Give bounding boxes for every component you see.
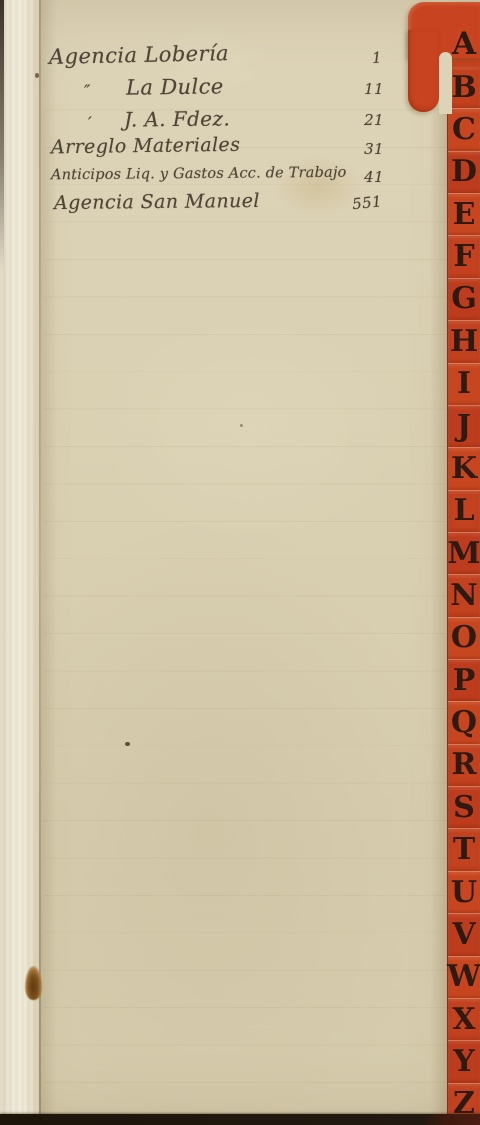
- entry-page-number: 11: [332, 80, 384, 98]
- tab-letter: O: [451, 623, 477, 653]
- alphabet-tab-column: B C D E F G H I J K L M N O P Q R S T U …: [447, 56, 480, 1125]
- tab-j[interactable]: J: [448, 405, 480, 447]
- tab-r[interactable]: R: [448, 744, 480, 786]
- ledger-ruling-lines: [44, 73, 446, 1109]
- tab-e[interactable]: E: [448, 193, 480, 235]
- tab-m[interactable]: M: [448, 532, 480, 574]
- tab-letter: C: [452, 115, 476, 145]
- tab-q[interactable]: Q: [448, 701, 480, 743]
- tab-v[interactable]: V: [448, 913, 480, 955]
- tab-letter: Y: [453, 1047, 474, 1077]
- tab-s[interactable]: S: [448, 786, 480, 828]
- tab-letter: W: [447, 962, 480, 992]
- tab-letter: T: [453, 835, 475, 865]
- tab-letter: P: [453, 666, 476, 696]
- tab-a-fold[interactable]: [408, 30, 439, 112]
- entry-page-number: 41: [332, 168, 384, 186]
- tab-n[interactable]: N: [448, 574, 480, 616]
- binding-strip: [0, 0, 40, 1125]
- tab-x[interactable]: X: [448, 998, 480, 1040]
- tab-letter: I: [457, 369, 471, 399]
- tab-k[interactable]: K: [448, 447, 480, 489]
- entry-label: Agencia San Manuel: [54, 190, 260, 214]
- entry-label: La Dulce: [126, 74, 224, 99]
- tab-d[interactable]: D: [448, 151, 480, 193]
- tab-letter: H: [450, 327, 478, 357]
- entry-label: Agencia Lobería: [49, 41, 229, 69]
- tab-letter: L: [453, 496, 474, 526]
- ditto-mark: ′: [88, 114, 92, 134]
- tab-h[interactable]: H: [448, 320, 480, 362]
- tab-y[interactable]: Y: [448, 1040, 480, 1082]
- tab-i[interactable]: I: [448, 363, 480, 405]
- tab-t[interactable]: T: [448, 828, 480, 870]
- paper-speck: [35, 73, 39, 78]
- entry-label: Anticipos Liq. y Gastos Acc. de Trabajo: [51, 165, 347, 184]
- tab-letter: M: [447, 539, 480, 569]
- tab-letter: K: [451, 454, 477, 484]
- tab-letter: Q: [451, 708, 477, 738]
- tab-a-notch: [439, 52, 452, 114]
- entry-label: J. A. Fdez.: [124, 106, 230, 131]
- tab-b[interactable]: B: [448, 67, 480, 108]
- entry-label: Arreglo Materiales: [51, 134, 241, 159]
- tab-letter: J: [457, 412, 471, 442]
- tab-w[interactable]: W: [448, 956, 480, 998]
- tab-letter: E: [453, 200, 476, 230]
- entry-page-number: 31: [332, 140, 384, 158]
- tab-edge-shadow: [430, 40, 447, 1116]
- tab-letter: N: [450, 581, 477, 611]
- entry-page-number: 21: [332, 111, 384, 129]
- ink-stain: [25, 966, 42, 1000]
- tab-letter: D: [451, 157, 477, 187]
- ditto-mark: ″: [84, 82, 91, 102]
- tab-letter: S: [453, 793, 475, 823]
- tab-letter: F: [453, 242, 474, 272]
- spine-shadow: [0, 0, 4, 270]
- tab-f[interactable]: F: [448, 235, 480, 277]
- tab-letter: V: [452, 920, 475, 950]
- paper-speck: [240, 424, 243, 427]
- tab-c[interactable]: C: [448, 108, 480, 150]
- tab-letter: X: [452, 1005, 475, 1035]
- paper-speck: [125, 742, 130, 746]
- entry-page-number: 1: [336, 48, 382, 69]
- book-bottom-edge: [0, 1114, 480, 1125]
- tab-letter: U: [451, 878, 477, 908]
- tab-g[interactable]: G: [448, 278, 480, 320]
- tab-letter: B: [451, 73, 476, 103]
- tab-letter: A: [450, 29, 478, 60]
- tab-u[interactable]: U: [448, 871, 480, 913]
- tab-l[interactable]: L: [448, 490, 480, 532]
- tab-letter: G: [451, 284, 477, 314]
- ledger-page: Agencia Lobería 1 ″ La Dulce 11 ′ J. A. …: [0, 0, 480, 1125]
- tab-letter: R: [452, 750, 477, 780]
- tab-o[interactable]: O: [448, 617, 480, 659]
- tab-p[interactable]: P: [448, 659, 480, 701]
